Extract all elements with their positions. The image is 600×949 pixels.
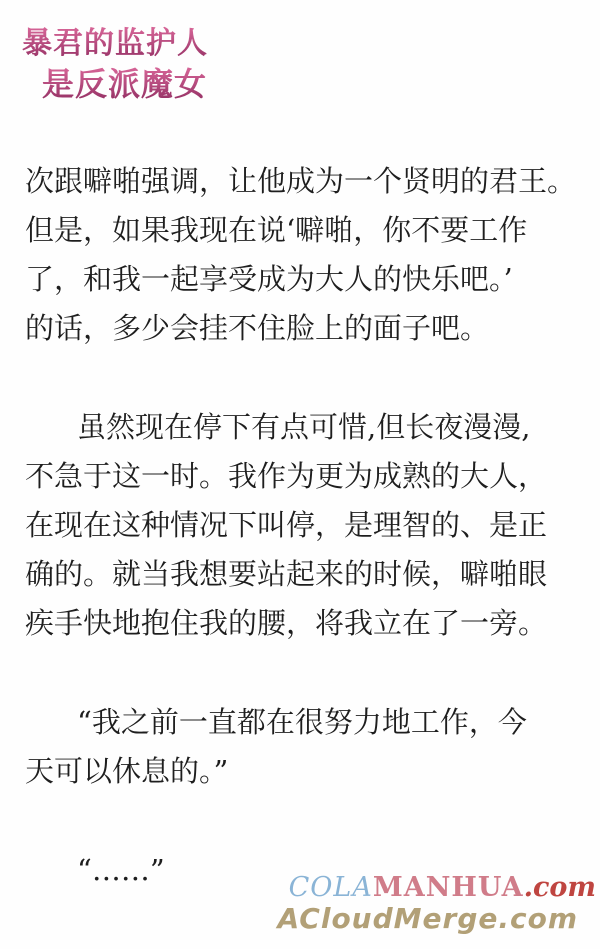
paragraph: “我之前一直都在很努力地工作，今天可以休息的。” [25,698,585,796]
logo-title-line1: 暴君的监护人 [22,24,208,64]
text-line: “我之前一直都在很努力地工作，今 [25,698,585,747]
watermark-manhua-text: MANHUA [373,872,524,903]
watermark-com-text: .com [524,872,596,903]
text-line: 但是，如果我现在说‘噼啪，你不要工作 [25,206,585,255]
text-line: 虽然现在停下有点可惜,但长夜漫漫, [25,403,585,452]
watermark-acloudmerge: ACloudMerge.com [277,902,578,935]
watermark-cola-text: COLA [289,872,373,903]
text-line: 在现在这种情况下叫停，是理智的、是正 [25,501,585,550]
text-line: 天可以休息的。” [25,747,585,796]
text-line: 的话，多少会挂不住脸上的面子吧。 [25,304,585,353]
body-text: 次跟噼啪强调，让他成为一个贤明的君王。但是，如果我现在说‘噼啪，你不要工作了，和… [25,157,585,895]
paragraph: 虽然现在停下有点可惜,但长夜漫漫,不急于这一时。我作为更为成熟的大人，在现在这种… [25,403,585,648]
text-line: 确的。就当我想要站起来的时候，噼啪眼 [25,550,585,599]
text-line: 了，和我一起享受成为大人的快乐吧。’ [25,255,585,304]
novel-reader-page: 暴君的监护人 是反派魔女 次跟噼啪强调，让他成为一个贤明的君王。但是，如果我现在… [0,0,600,949]
site-logo: 暴君的监护人 是反派魔女 [22,24,208,104]
paragraph: 次跟噼啪强调，让他成为一个贤明的君王。但是，如果我现在说‘噼啪，你不要工作了，和… [25,157,585,353]
watermark-colamanhua: COLAMANHUA.com [289,872,596,903]
text-line: 次跟噼啪强调，让他成为一个贤明的君王。 [25,157,585,206]
text-line: 不急于这一时。我作为更为成熟的大人， [25,452,585,501]
text-line: 疾手快地抱住我的腰，将我立在了一旁。 [25,599,585,648]
logo-title-line2: 是反派魔女 [42,64,208,104]
